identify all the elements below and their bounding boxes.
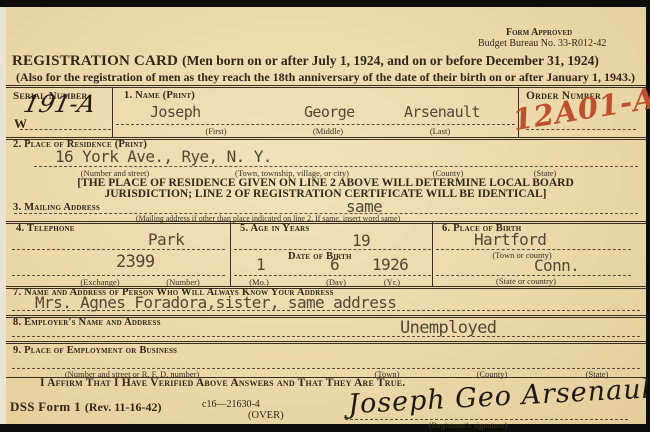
row-residence-mailing: 2. Place of Residence (Print) 16 York Av… bbox=[6, 137, 646, 224]
name-sublabel-middle: (Middle) bbox=[313, 126, 343, 136]
residence-value: 16 York Ave., Rye, N. Y. bbox=[55, 147, 272, 166]
employment-label: 9. Place of Employment or Business bbox=[13, 345, 177, 356]
birthplace-state-value: Conn. bbox=[534, 256, 579, 275]
jurisdiction-notice-line2: JURISDICTION; LINE 2 OF REGISTRATION CER… bbox=[6, 188, 645, 200]
serial-fill-line bbox=[20, 129, 111, 130]
form-approved-block: Form Approved Budget Bureau No. 33-R012-… bbox=[478, 27, 606, 49]
employer-label: 8. Employer's Name and Address bbox=[13, 317, 161, 328]
telephone-number-value: 2399 bbox=[116, 252, 155, 272]
employer-value: Unemployed bbox=[400, 318, 496, 338]
row-contact-person: 7. Name and Address of Person Who Will A… bbox=[6, 286, 646, 318]
name-label: 1. Name (Print) bbox=[124, 90, 195, 101]
dob-day-value: 6 bbox=[330, 255, 339, 274]
telephone-line2 bbox=[12, 275, 225, 276]
cell-divider bbox=[432, 221, 433, 286]
name-sublabel-last: (Last) bbox=[430, 126, 450, 136]
row-employment: 9. Place of Employment or Business (Numb… bbox=[6, 341, 646, 378]
dob-month-value: 1 bbox=[256, 255, 265, 274]
date-of-birth-label: Date of Birth bbox=[288, 251, 352, 262]
row-serial-name-order: Serial Number W 191-A 1. Name (Print) Jo… bbox=[6, 88, 646, 140]
registration-card: Form Approved Budget Bureau No. 33-R012-… bbox=[6, 7, 646, 424]
over-note: (OVER) bbox=[248, 410, 284, 421]
name-last-value: Arsenault bbox=[404, 103, 480, 121]
form-revision: (Rev. 11-16-42) bbox=[85, 400, 162, 414]
title-line: REGISTRATION CARD (Men born on or after … bbox=[12, 52, 644, 70]
row-employer: 8. Employer's Name and Address Unemploye… bbox=[6, 315, 646, 344]
signature-sublabel: (Registrant's signature) bbox=[429, 420, 508, 430]
telephone-label: 4. Telephone bbox=[16, 223, 75, 234]
card-title: REGISTRATION CARD bbox=[12, 53, 178, 69]
row-telephone-age-birth: 4. Telephone Park 2399 (Exchange) (Numbe… bbox=[6, 221, 646, 289]
dob-year-value: 1926 bbox=[372, 255, 408, 274]
name-first-value: Joseph bbox=[150, 103, 201, 121]
cell-divider bbox=[230, 221, 231, 286]
card-title-note: (Men born on or after July 1, 1924, and … bbox=[182, 53, 599, 68]
employer-fill-line bbox=[12, 336, 640, 337]
print-code: c16—21630-4 bbox=[202, 399, 260, 410]
name-middle-value: George bbox=[304, 103, 355, 121]
form-number: DSS Form 1 bbox=[10, 399, 81, 414]
card-subtitle: (Also for the registration of men as the… bbox=[6, 70, 645, 85]
residence-fill-line bbox=[34, 166, 638, 167]
name-sublabel-first: (First) bbox=[205, 126, 226, 136]
card-header: Form Approved Budget Bureau No. 33-R012-… bbox=[6, 7, 646, 88]
contact-fill-line bbox=[12, 310, 640, 311]
birthplace-town-value: Hartford bbox=[474, 230, 546, 249]
telephone-exchange-value: Park bbox=[148, 230, 184, 249]
age-value: 19 bbox=[352, 231, 370, 250]
telephone-line1 bbox=[12, 249, 225, 250]
cell-divider bbox=[112, 88, 113, 137]
dob-line bbox=[234, 275, 431, 276]
affirmation-text: I Affirm That I Have Verified Above Answ… bbox=[40, 377, 405, 389]
serial-number-value: 191-A bbox=[21, 90, 98, 118]
card-footer: DSS Form 1 (Rev. 11-16-42) c16—21630-4 (… bbox=[6, 391, 646, 424]
age-label: 5. Age in Years bbox=[240, 223, 310, 234]
scanned-card-photo: Form Approved Budget Bureau No. 33-R012-… bbox=[0, 0, 650, 432]
budget-bureau-number: Budget Bureau No. 33-R012-42 bbox=[478, 38, 606, 49]
form-approved-label: Form Approved bbox=[478, 27, 606, 38]
form-id-block: DSS Form 1 (Rev. 11-16-42) bbox=[10, 398, 162, 416]
birthplace-sublabel-state: (State or country) bbox=[496, 276, 556, 286]
name-fill-line bbox=[116, 124, 515, 125]
age-line bbox=[234, 249, 431, 250]
mailing-label: 3. Mailing Address bbox=[13, 202, 100, 213]
